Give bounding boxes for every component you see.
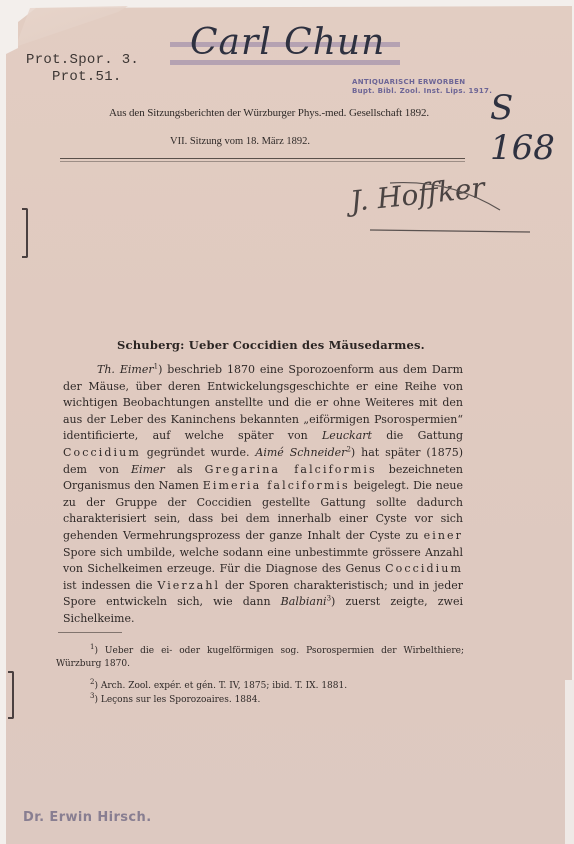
footnote-2: 2) Arch. Zool. expér. et gén. T. IV, 187… <box>90 680 347 693</box>
footnote-1: 1) Ueber die ei- oder kugelförmigen sog.… <box>56 645 464 671</box>
author-eimer: Th. Eimer <box>97 363 154 376</box>
footnote-3: 3) Leçons sur les Sporozoaires. 1884. <box>90 694 260 707</box>
genus-coccidium: Coccidium <box>63 446 141 459</box>
header-rule-2 <box>60 161 465 162</box>
staple-top <box>22 208 28 258</box>
owner-stamp: Dr. Erwin Hirsch. <box>23 810 152 825</box>
footnote-rule <box>58 632 122 633</box>
staple-bottom <box>8 671 14 719</box>
header-rule-1 <box>60 158 465 159</box>
catalog-mark-1: Prot.Spor. 3. <box>26 52 139 69</box>
species-eimeria: Eimeria falciformis <box>203 479 350 492</box>
emphasis-vierzahl: Vierzahl <box>157 579 220 592</box>
acquisition-stamp-line-1: ANTIQUARISCH ERWORBEN <box>352 78 492 87</box>
session-line: VII. Sitzung vom 18. März 1892. <box>170 136 310 147</box>
shelf-mark: S 168 <box>490 88 574 168</box>
author-balbiani: Balbiani <box>281 595 327 608</box>
catalog-mark-2: Prot.51. <box>52 69 122 86</box>
source-header: Aus den Sitzungsberichten der Würzburger… <box>92 107 446 119</box>
author-eimer-2: Eimer <box>131 463 165 476</box>
species-gregarina: Gregarina falciformis <box>205 463 377 476</box>
author-leuckart: Leuckart <box>322 429 372 442</box>
body-paragraph: Th. Eimer1) beschrieb 1870 eine Sporozoe… <box>63 362 463 628</box>
owner-signature: Carl Chun <box>190 22 385 63</box>
signature-flourish <box>330 175 530 240</box>
article-body: Th. Eimer1) beschrieb 1870 eine Sporozoe… <box>63 362 463 628</box>
genus-coccidium-2: Coccidium <box>385 562 463 575</box>
acquisition-stamp-line-2: Bupt. Bibl. Zool. Inst. Lips. 1917. <box>352 87 492 96</box>
page-edge <box>565 680 574 844</box>
acquisition-stamp: ANTIQUARISCH ERWORBEN Bupt. Bibl. Zool. … <box>352 78 492 96</box>
article-title: Schuberg: Ueber Coccidien des Mäusedarme… <box>117 338 425 352</box>
author-schneider: Aimé Schneider <box>255 446 346 459</box>
emphasis-einer: einer <box>424 529 463 542</box>
